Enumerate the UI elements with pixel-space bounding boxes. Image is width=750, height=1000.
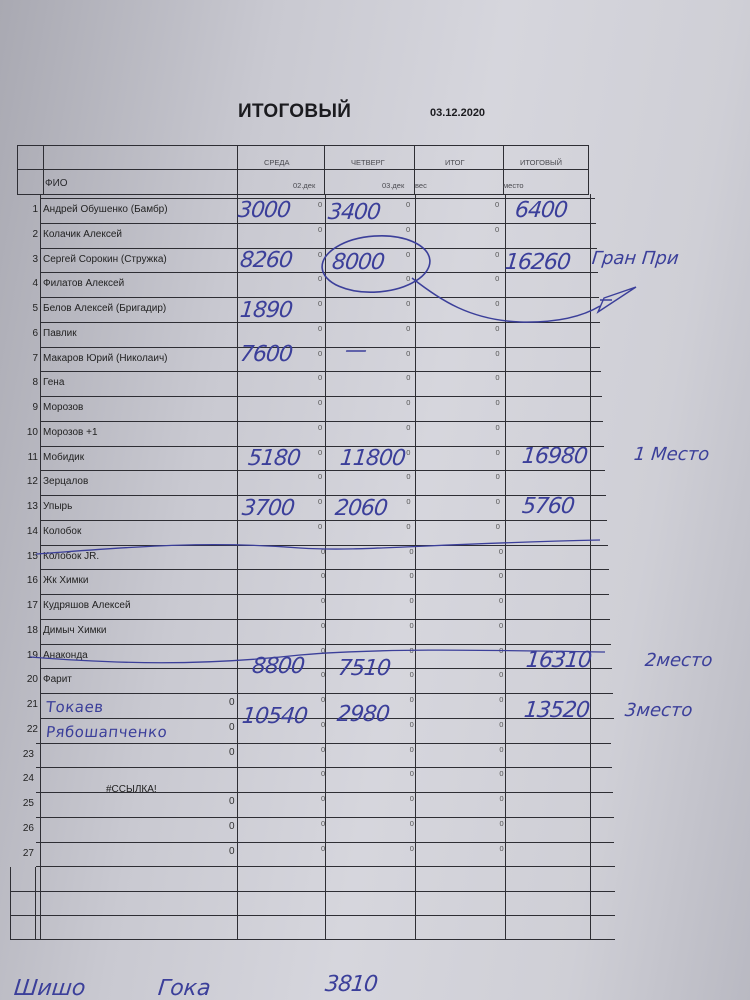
hw-wed-row11: 5180 xyxy=(247,446,302,471)
zero-value: 0 xyxy=(321,695,325,704)
zero-value: 0 xyxy=(321,646,325,655)
row-number: 23 xyxy=(14,749,34,760)
zero-value: 0 xyxy=(409,571,413,580)
hw-note-first-place: 1 Место xyxy=(633,444,710,465)
zero-value: 0 xyxy=(410,745,414,754)
row-number: 10 xyxy=(18,427,38,438)
header-total: ИТОГ xyxy=(445,158,465,167)
hw-footer-value: 3810 xyxy=(324,972,379,997)
grid-line xyxy=(10,891,615,892)
hw-wed-row7: 7600 xyxy=(239,342,294,367)
participant-name: Филатов Алексей xyxy=(43,278,124,289)
row-number: 15 xyxy=(18,551,38,562)
zero-value: 0 xyxy=(499,695,503,704)
hw-thu-row11: 11800 xyxy=(339,446,407,471)
hw-wed-row1: 3000 xyxy=(237,198,292,223)
row-number: 13 xyxy=(18,501,38,512)
zero-value: 0 xyxy=(321,621,325,630)
grid-line xyxy=(40,371,601,372)
zero-value: 0 xyxy=(406,200,410,209)
zero-value: 0 xyxy=(495,299,499,308)
participant-name: Белов Алексей (Бригадир) xyxy=(43,303,166,314)
zero-value: 0 xyxy=(406,448,410,457)
zero-value: 0 xyxy=(499,596,503,605)
zero-value: 0 xyxy=(410,621,414,630)
zero-value-name-col: 0 xyxy=(229,846,235,857)
zero-value: 0 xyxy=(499,794,503,803)
zero-value: 0 xyxy=(406,522,410,531)
hw-wed-row19: 8800 xyxy=(251,654,306,679)
zero-value: 0 xyxy=(318,522,322,531)
row-number: 27 xyxy=(14,848,34,859)
hw-wed-row5: 1890 xyxy=(239,298,294,323)
zero-value: 0 xyxy=(321,745,325,754)
zero-value: 0 xyxy=(499,571,503,580)
zero-value: 0 xyxy=(495,274,499,283)
participant-name: Анаконда xyxy=(43,650,88,661)
grid-line xyxy=(590,194,591,939)
row-number: 14 xyxy=(18,526,38,537)
document-date: 03.12.2020 xyxy=(430,107,485,119)
zero-value: 0 xyxy=(318,448,322,457)
participant-name: Андрей Обушенко (Бамбр) xyxy=(43,204,168,215)
hw-place-row19: 16310 xyxy=(525,648,593,673)
hw-place-row21: 13520 xyxy=(523,698,591,723)
zero-value: 0 xyxy=(409,596,413,605)
row-number: 8 xyxy=(18,377,38,388)
grid-line xyxy=(40,396,602,397)
zero-value: 0 xyxy=(499,745,503,754)
zero-value: 0 xyxy=(406,497,410,506)
header-date-wed: 02.дек xyxy=(293,181,315,190)
grid-line xyxy=(10,867,11,939)
zero-value: 0 xyxy=(495,200,499,209)
grid-line xyxy=(505,194,506,939)
participant-name: Колобок JR. xyxy=(43,551,99,562)
zero-value: 0 xyxy=(318,472,322,481)
hw-place-row3: 16260 xyxy=(504,250,572,275)
header-final: ИТОГОВЫЙ xyxy=(520,158,562,167)
grid-line xyxy=(40,297,599,298)
hw-wed-row21: 10540 xyxy=(241,704,309,729)
zero-value: 0 xyxy=(318,373,322,382)
zero-value: 0 xyxy=(495,225,499,234)
hw-footer-name1: Шишо xyxy=(13,976,87,1000)
grid-line xyxy=(40,693,613,694)
zero-value: 0 xyxy=(410,695,414,704)
participant-name: Морозов +1 xyxy=(43,427,98,438)
zero-value: 0 xyxy=(406,472,410,481)
zero-value: 0 xyxy=(500,844,504,853)
participant-name: Колачик Алексей xyxy=(43,229,122,240)
header-weight: вес xyxy=(415,181,427,190)
zero-value: 0 xyxy=(406,299,410,308)
zero-value-name-col: 0 xyxy=(229,796,235,807)
zero-value: 0 xyxy=(321,571,325,580)
row-number: 2 xyxy=(18,229,38,240)
zero-value: 0 xyxy=(321,547,325,556)
grid-line xyxy=(40,322,600,323)
participant-name: Фарит xyxy=(43,674,72,685)
row-number: 26 xyxy=(14,823,34,834)
participant-name: Зерцалов xyxy=(43,476,88,487)
hw-thu-row1: 3400 xyxy=(327,200,382,225)
zero-value: 0 xyxy=(406,398,410,407)
grid-line xyxy=(40,347,600,348)
zero-value: 0 xyxy=(318,250,322,259)
zero-value: 0 xyxy=(321,769,325,778)
zero-value: 0 xyxy=(410,646,414,655)
participant-name: Кудряшов Алексей xyxy=(43,600,131,611)
row-number: 17 xyxy=(18,600,38,611)
zero-value: 0 xyxy=(499,547,503,556)
participant-name: Морозов xyxy=(43,402,83,413)
hw-footer-name2: Гока xyxy=(157,976,212,1000)
zero-value: 0 xyxy=(321,819,325,828)
zero-value: 0 xyxy=(496,448,500,457)
zero-value: 0 xyxy=(409,547,413,556)
zero-value: 0 xyxy=(318,200,322,209)
zero-value: 0 xyxy=(496,522,500,531)
hw-name-row21: Токаев xyxy=(45,698,105,716)
zero-value: 0 xyxy=(499,769,503,778)
zero-value: 0 xyxy=(410,670,414,679)
participant-name: Жк Химки xyxy=(43,575,88,586)
grid-line xyxy=(40,446,604,447)
grid-line xyxy=(36,743,611,744)
row-number: 16 xyxy=(18,575,38,586)
grid-line xyxy=(40,470,605,471)
participant-name: Колобок xyxy=(43,526,81,537)
zero-value-name-col: 0 xyxy=(229,821,235,832)
hw-note-third-place: 3место xyxy=(624,700,694,721)
zero-value: 0 xyxy=(321,596,325,605)
grid-line xyxy=(40,421,603,422)
zero-value: 0 xyxy=(499,646,503,655)
row-number: 18 xyxy=(18,625,38,636)
row-number: 9 xyxy=(18,402,38,413)
zero-value: 0 xyxy=(406,250,410,259)
zero-value: 0 xyxy=(406,225,410,234)
zero-value: 0 xyxy=(499,621,503,630)
hw-thu-row3: 8000 xyxy=(331,250,386,275)
row-number: 3 xyxy=(18,254,38,265)
row-number: 1 xyxy=(18,204,38,215)
grid-line xyxy=(36,866,615,867)
participant-name: Сергей Сорокин (Стружка) xyxy=(43,254,167,265)
grid-line xyxy=(43,145,44,195)
row-number: 25 xyxy=(14,798,34,809)
hw-thu-row13: 2060 xyxy=(334,496,389,521)
zero-value: 0 xyxy=(410,720,414,729)
hw-thu-row21: 2980 xyxy=(336,702,391,727)
grid-line xyxy=(40,223,596,224)
zero-value: 0 xyxy=(499,670,503,679)
page-title: ИТОГОВЫЙ xyxy=(238,101,351,123)
zero-value: 0 xyxy=(410,844,414,853)
zero-value: 0 xyxy=(321,720,325,729)
header-thursday: ЧЕТВЕРГ xyxy=(351,158,385,167)
score-sheet: ИТОГОВЫЙ 03.12.2020 СРЕДА ЧЕТВЕРГ ИТОГ И… xyxy=(0,0,750,1000)
zero-value: 0 xyxy=(406,349,410,358)
participant-name: Гена xyxy=(43,377,64,388)
zero-value: 0 xyxy=(496,472,500,481)
grid-line xyxy=(10,915,615,916)
row-number: 20 xyxy=(18,674,38,685)
zero-value: 0 xyxy=(495,324,499,333)
zero-value: 0 xyxy=(410,794,414,803)
grid-line xyxy=(237,194,238,939)
grid-line xyxy=(40,495,606,496)
header-place: место xyxy=(503,181,524,190)
zero-value: 0 xyxy=(495,373,499,382)
hw-wed-row3: 8260 xyxy=(239,248,294,273)
row-number: 12 xyxy=(18,476,38,487)
row-number: 4 xyxy=(18,278,38,289)
ref-error-cell: #ССЫЛКА! xyxy=(106,784,157,795)
hw-place-row13: 5760 xyxy=(521,494,576,519)
zero-value: 0 xyxy=(410,819,414,828)
row-number: 5 xyxy=(18,303,38,314)
grid-line xyxy=(10,939,615,940)
header-fio: ФИО xyxy=(45,178,68,189)
zero-value: 0 xyxy=(318,324,322,333)
zero-value: 0 xyxy=(499,720,503,729)
row-number: 22 xyxy=(18,724,38,735)
row-number: 21 xyxy=(18,699,38,710)
zero-value: 0 xyxy=(495,250,499,259)
grid-line xyxy=(237,145,238,195)
zero-value: 0 xyxy=(495,349,499,358)
header-date-thu: 03.дек xyxy=(382,181,404,190)
hw-name-row22: Рябошапченко xyxy=(45,723,168,741)
grid-line xyxy=(40,644,611,645)
participant-name: Павлик xyxy=(43,328,77,339)
zero-value: 0 xyxy=(321,794,325,803)
grid-line xyxy=(40,194,41,939)
zero-value: 0 xyxy=(500,819,504,828)
zero-value: 0 xyxy=(318,398,322,407)
zero-value: 0 xyxy=(406,274,410,283)
zero-value-name-col: 0 xyxy=(229,747,235,758)
zero-value: 0 xyxy=(318,299,322,308)
zero-value: 0 xyxy=(318,274,322,283)
participant-name: Макаров Юрий (Николаич) xyxy=(43,353,167,364)
grid-line xyxy=(40,248,597,249)
header-wednesday: СРЕДА xyxy=(264,158,290,167)
hw-note-grand-prix: Гран При xyxy=(591,248,680,269)
zero-value-name-col: 0 xyxy=(229,697,235,708)
hw-place-row1: 6400 xyxy=(514,198,569,223)
zero-value: 0 xyxy=(410,769,414,778)
zero-value: 0 xyxy=(406,423,410,432)
zero-value: 0 xyxy=(318,349,322,358)
row-number: 6 xyxy=(18,328,38,339)
grid-line xyxy=(40,520,607,521)
hw-place-row11: 16980 xyxy=(521,444,589,469)
row-number: 24 xyxy=(14,773,34,784)
zero-value: 0 xyxy=(318,497,322,506)
grid-line xyxy=(588,145,589,195)
participant-name: Димыч Химки xyxy=(43,625,107,636)
zero-value: 0 xyxy=(406,324,410,333)
hw-thu-row7: — xyxy=(344,338,368,363)
hw-wed-row13: 3700 xyxy=(241,496,296,521)
row-number: 19 xyxy=(18,650,38,661)
zero-value: 0 xyxy=(318,225,322,234)
participant-name: Мобидик xyxy=(43,452,84,463)
zero-value: 0 xyxy=(496,423,500,432)
grid-line xyxy=(324,145,325,195)
zero-value: 0 xyxy=(496,497,500,506)
hw-thu-row19: 7510 xyxy=(337,656,392,681)
grid-line xyxy=(415,194,416,939)
zero-value: 0 xyxy=(321,670,325,679)
zero-value-name-col: 0 xyxy=(229,722,235,733)
grid-line xyxy=(17,145,18,195)
grid-line xyxy=(40,198,595,199)
zero-value: 0 xyxy=(321,844,325,853)
grid-line xyxy=(35,867,36,939)
zero-value: 0 xyxy=(495,398,499,407)
participant-name: Упырь xyxy=(43,501,72,512)
hw-note-second-place: 2место xyxy=(644,650,714,671)
row-number: 7 xyxy=(18,353,38,364)
row-number: 11 xyxy=(18,452,38,463)
zero-value: 0 xyxy=(406,373,410,382)
zero-value: 0 xyxy=(318,423,322,432)
